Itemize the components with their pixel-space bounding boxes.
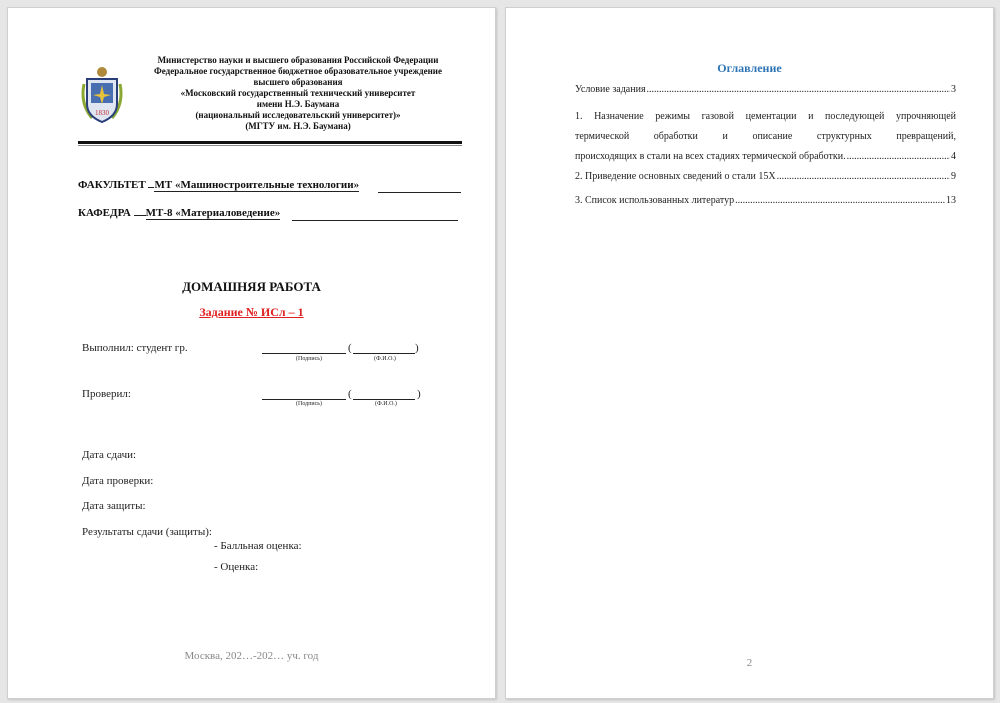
toc-entry-text: Условие задания xyxy=(575,84,646,95)
toc-page-number: 13 xyxy=(946,195,956,206)
performed-name-line xyxy=(353,353,415,354)
toc-leader xyxy=(647,84,950,95)
checked-name-close: ) xyxy=(417,388,421,400)
performed-name-close: ) xyxy=(415,342,419,354)
faculty-underline xyxy=(378,192,461,193)
document-title: ДОМАШНЯЯ РАБОТА xyxy=(8,279,495,295)
header-line: Министерство науки и высшего образования… xyxy=(128,55,468,66)
header-line: «Московский государственный технический … xyxy=(128,88,468,99)
toc-leader xyxy=(777,171,950,182)
header-line: высшего образования xyxy=(128,77,468,88)
toc-leader xyxy=(735,195,945,206)
faculty-label: ФАКУЛЬТЕТ xyxy=(78,179,146,191)
toc-page-number: 9 xyxy=(951,171,956,182)
toc-entry-text: 1. Назначение режимы газовой цементации … xyxy=(575,107,956,127)
checked-name-line xyxy=(353,399,415,400)
toc-entry[interactable]: 1. Назначение режимы газовой цементации … xyxy=(575,107,956,167)
page-number: 2 xyxy=(506,657,993,669)
faculty-field: ФАКУЛЬТЕТ МТ «Машиностроительные техноло… xyxy=(78,179,359,191)
header-line: (национальный исследовательский универси… xyxy=(128,110,468,121)
department-field: КАФЕДРА МТ-8 «Материаловедение» xyxy=(78,207,280,219)
signature-caption: (Подпись) xyxy=(296,356,322,362)
department-underline xyxy=(292,220,458,221)
toc-page-number: 4 xyxy=(951,147,956,167)
grade-label: - Оценка: xyxy=(214,561,258,573)
header-line: Федеральное государственное бюджетное об… xyxy=(128,66,468,77)
department-label: КАФЕДРА xyxy=(78,207,131,219)
header-divider xyxy=(78,141,462,144)
toc-page-number: 3 xyxy=(951,84,956,95)
toc-entry-text: термической обработки и описание структу… xyxy=(575,127,956,147)
performed-name-open: ( xyxy=(348,342,352,354)
toc-leader xyxy=(847,147,950,167)
faculty-value: МТ «Машиностроительные технологии» xyxy=(154,179,359,192)
toc-entry-text: происходящих в стали на всех стадиях тер… xyxy=(575,147,846,167)
task-number: Задание № ИСл – 1 xyxy=(8,305,495,320)
results-label: Результаты сдачи (защиты): xyxy=(82,526,212,538)
header-divider-thin xyxy=(78,145,462,146)
department-value: МТ-8 «Материаловедение» xyxy=(146,207,281,220)
toc-entry[interactable]: Условие задания 3 xyxy=(575,84,956,95)
header-line: (МГТУ им. Н.Э. Баумана) xyxy=(128,121,468,132)
name-caption: (Ф.И.О.) xyxy=(375,401,397,407)
performed-by-label: Выполнил: студент гр. xyxy=(82,342,188,354)
checked-by-label: Проверил: xyxy=(82,388,131,400)
toc-entry[interactable]: 2. Приведение основных сведений о стали … xyxy=(575,171,956,182)
performed-signature-line xyxy=(262,353,346,354)
checked-name-open: ( xyxy=(348,388,352,400)
toc-entry[interactable]: 3. Список использованных литератур 13 xyxy=(575,195,956,206)
signature-caption: (Подпись) xyxy=(296,401,322,407)
toc-entry-text: 3. Список использованных литератур xyxy=(575,195,734,206)
toc-entry-text: 2. Приведение основных сведений о стали … xyxy=(575,171,776,182)
toc-title: Оглавление xyxy=(506,61,993,76)
defense-date-label: Дата защиты: xyxy=(82,500,146,512)
submission-date-label: Дата сдачи: xyxy=(82,449,136,461)
header-line: имени Н.Э. Баумана xyxy=(128,99,468,110)
document-page-1: 1830 Министерство науки и высшего образо… xyxy=(7,7,496,699)
university-crest-icon: 1830 xyxy=(78,64,126,126)
check-date-label: Дата проверки: xyxy=(82,475,153,487)
svg-text:1830: 1830 xyxy=(95,109,110,117)
name-caption: (Ф.И.О.) xyxy=(374,356,396,362)
score-label: - Балльная оценка: xyxy=(214,540,302,552)
checked-signature-line xyxy=(262,399,346,400)
institution-header: Министерство науки и высшего образования… xyxy=(128,55,468,132)
city-year-footer: Москва, 202…-202… уч. год xyxy=(8,650,495,662)
document-page-2: Оглавление Условие задания 3 1. Назначен… xyxy=(505,7,994,699)
